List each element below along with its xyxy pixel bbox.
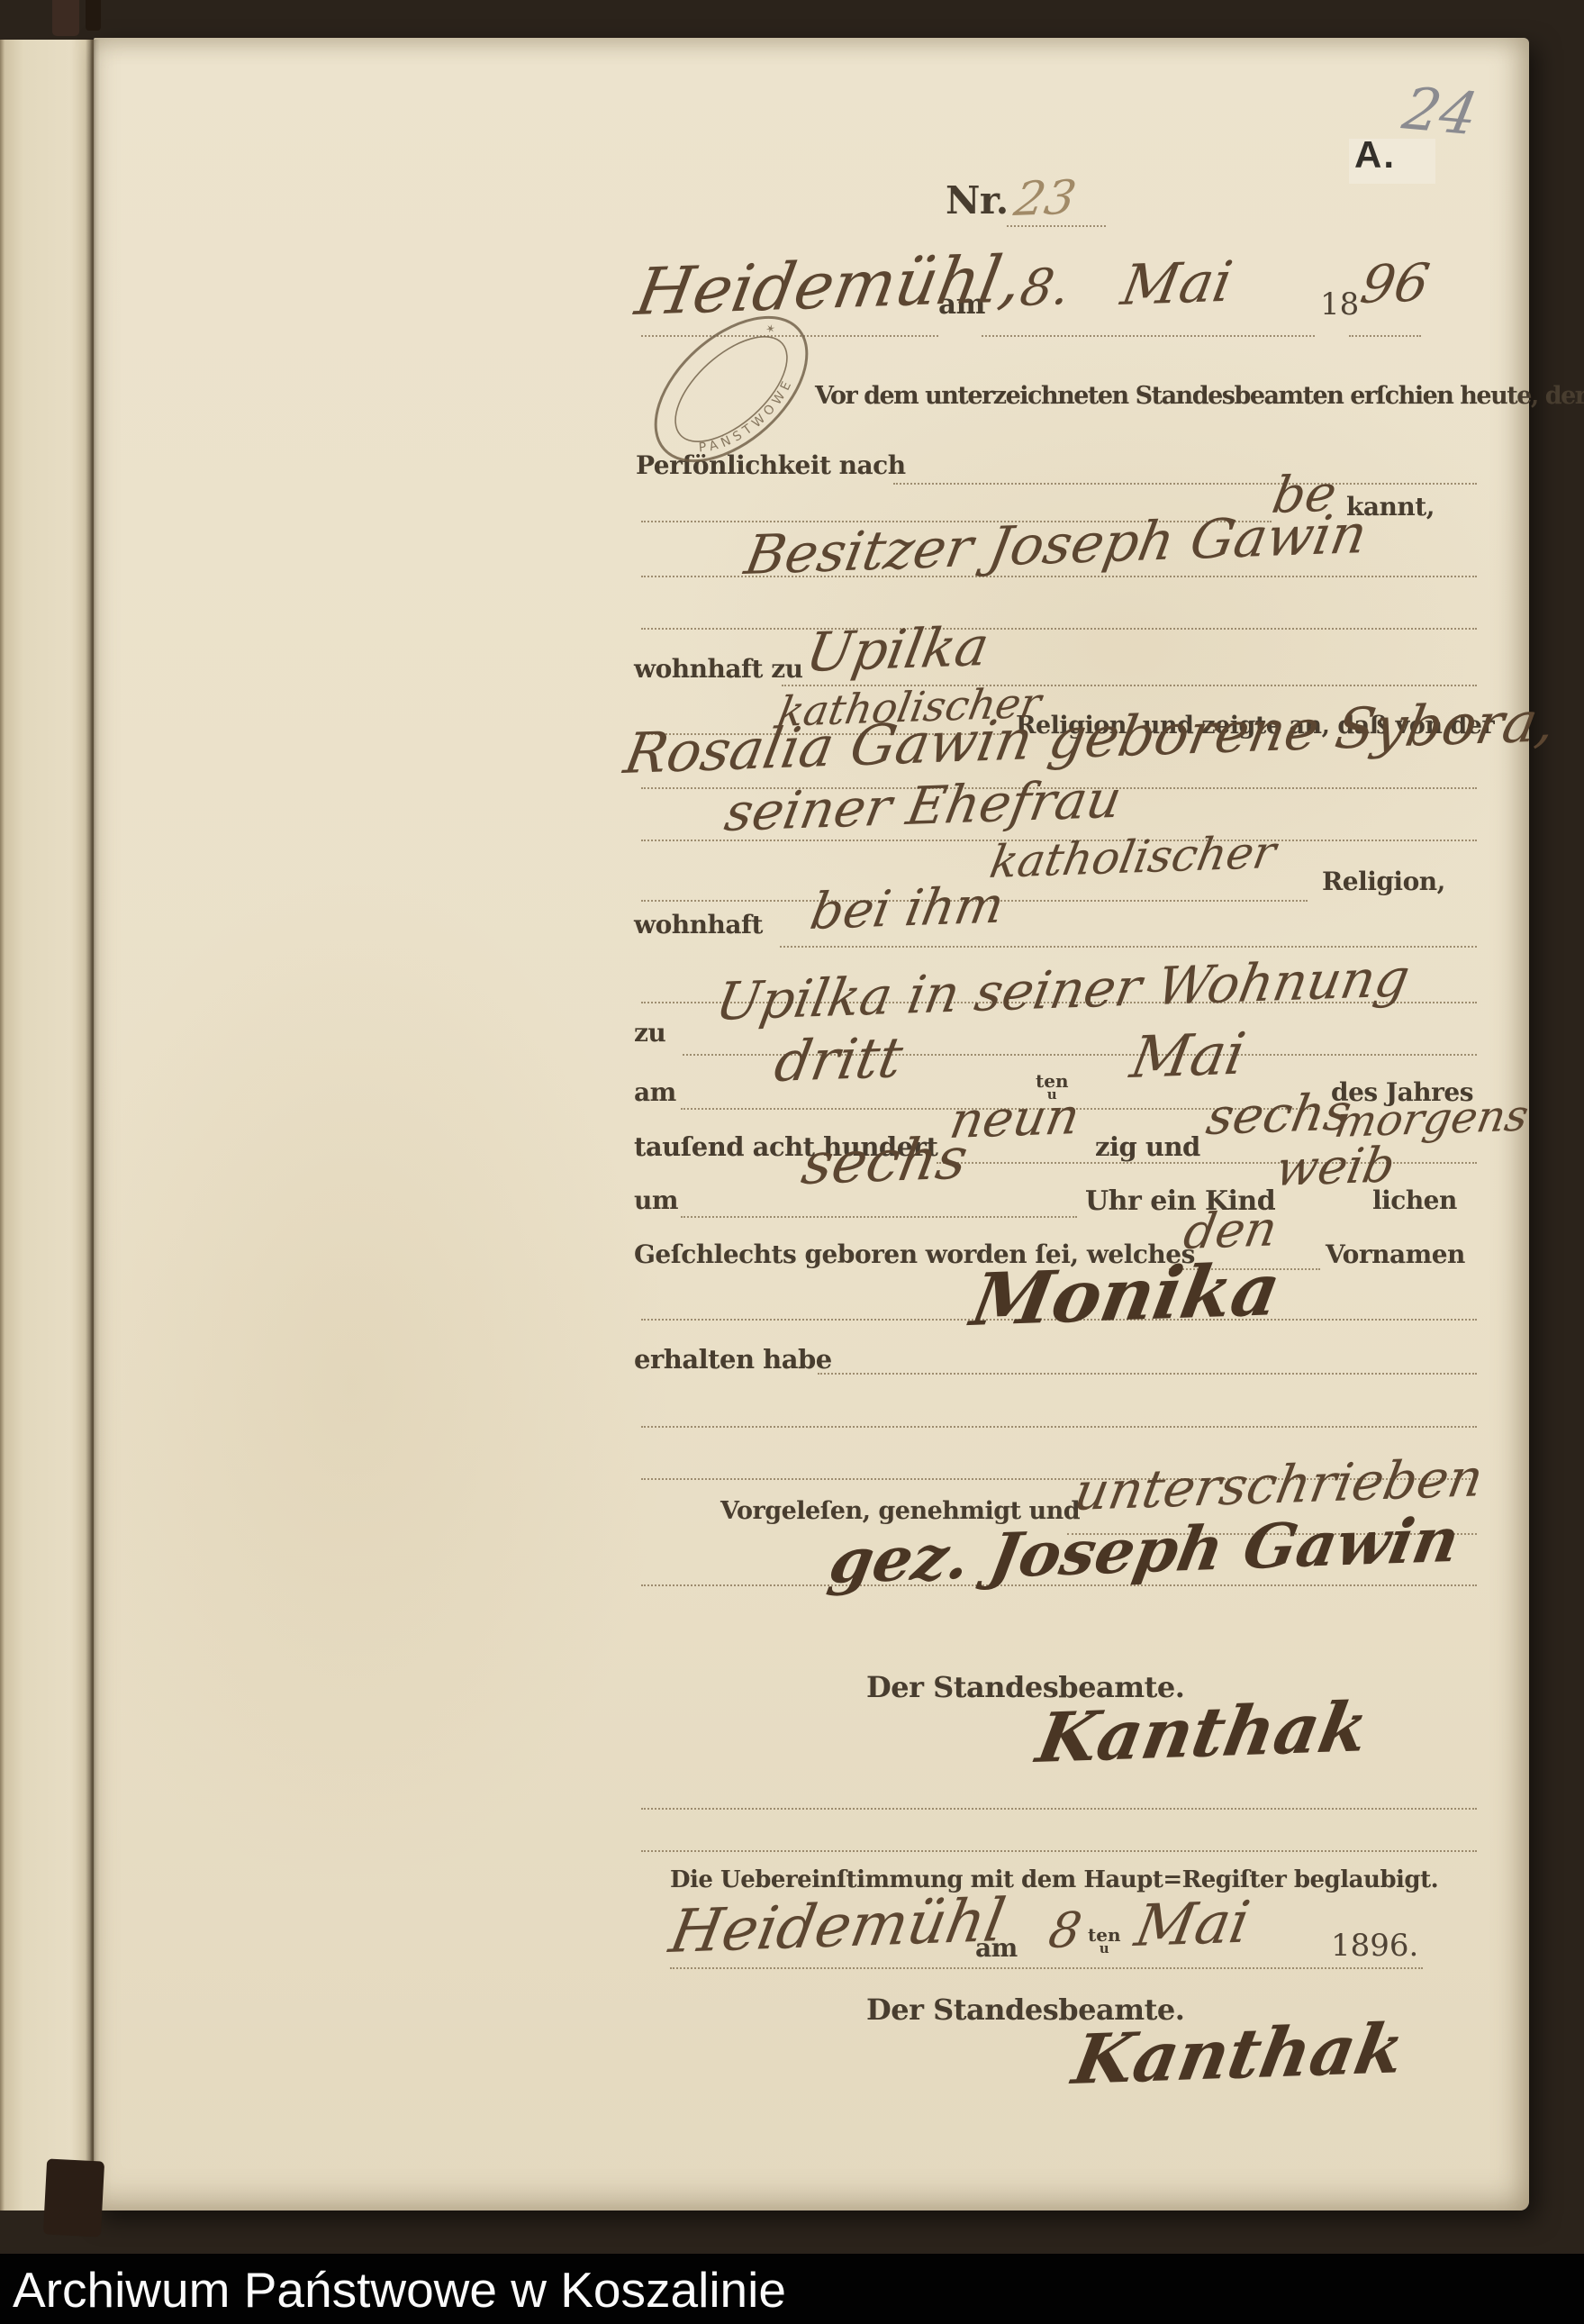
certification-printed: Die Uebereinſtimmung mit dem Haupt=Regiſ… (670, 1866, 1438, 1893)
registrar-signature-2: Kanthak (1067, 2008, 1410, 2100)
page-stack-edge (0, 40, 94, 2211)
record-number-label: Nr. (946, 178, 1009, 222)
certification-ordinal-alt: u (1100, 1943, 1109, 1955)
religion2-printed: Religion, (1322, 867, 1445, 896)
dotted-rule (641, 1850, 1477, 1852)
archive-caption-bar: Archiwum Państwowe w Koszalinie (0, 2254, 1584, 2324)
am-printed: am (634, 1077, 676, 1107)
dotted-rule (641, 1808, 1477, 1810)
erhalten-habe-printed: erhalten habe (634, 1344, 832, 1375)
record-number-value: 23 (1010, 171, 1080, 227)
scanned-document: 24 A. Nr. 23 Heidemühl, am 8. Mai 18 96 … (0, 0, 1584, 2324)
dotted-rule (818, 1373, 1477, 1375)
printed-century: 18 (1320, 286, 1359, 322)
registration-place: Heidemühl, (630, 241, 1028, 330)
binding-crease (86, 40, 100, 2211)
vornamen-printed: Vornamen (1326, 1239, 1465, 1269)
registration-month: Mai (1117, 249, 1237, 318)
binding-tab (43, 2158, 104, 2237)
child-sex: weib (1272, 1137, 1399, 1197)
dotted-rule (780, 946, 1477, 948)
certification-year: 1896. (1331, 1928, 1418, 1964)
certification-place: Heidemühl (665, 1885, 1010, 1966)
binding-tab (86, 0, 101, 31)
certification-month: Mai (1130, 1890, 1254, 1960)
birth-month: Mai (1126, 1021, 1250, 1092)
dotted-rule (982, 335, 1315, 337)
dotted-rule (641, 628, 1477, 630)
dotted-rule (670, 1967, 1423, 1969)
dotted-rule (1349, 335, 1421, 337)
pencil-page-number: 24 (1398, 76, 1483, 149)
binding-tab (52, 0, 79, 36)
stamp-star-icon: ✶ (763, 321, 779, 337)
dotted-rule (641, 1426, 1477, 1428)
mother-religion: katholischer (986, 826, 1280, 888)
zu-printed: zu (634, 1018, 665, 1048)
declarant-residence: Upilka (801, 615, 993, 685)
intro-printed-line: Vor dem unterzeichneten Standesbeamten e… (815, 382, 1584, 410)
dotted-rule (893, 483, 1477, 485)
zig-und-printed: zig und (1095, 1131, 1200, 1162)
archive-caption-text: Archiwum Państwowe w Koszalinie (13, 2262, 786, 2318)
registrar-signature: Kanthak (1031, 1686, 1374, 1778)
birth-day: dritt (770, 1024, 908, 1094)
dotted-rule (937, 1162, 1477, 1164)
corner-letter: A. (1354, 133, 1396, 177)
dotted-rule (681, 1216, 1077, 1218)
birth-hour: sechs (797, 1126, 973, 1198)
um-printed: um (634, 1185, 678, 1215)
registration-year: 96 (1356, 251, 1434, 315)
child-name: Monika (965, 1247, 1287, 1342)
mother-residence: bei ihm (806, 876, 1009, 941)
wohnhaft-printed: wohnhaft (634, 910, 763, 940)
wohnhaft-zu-printed: wohnhaft zu (634, 654, 802, 684)
certification-ordinal: ten u (1088, 1928, 1121, 1955)
